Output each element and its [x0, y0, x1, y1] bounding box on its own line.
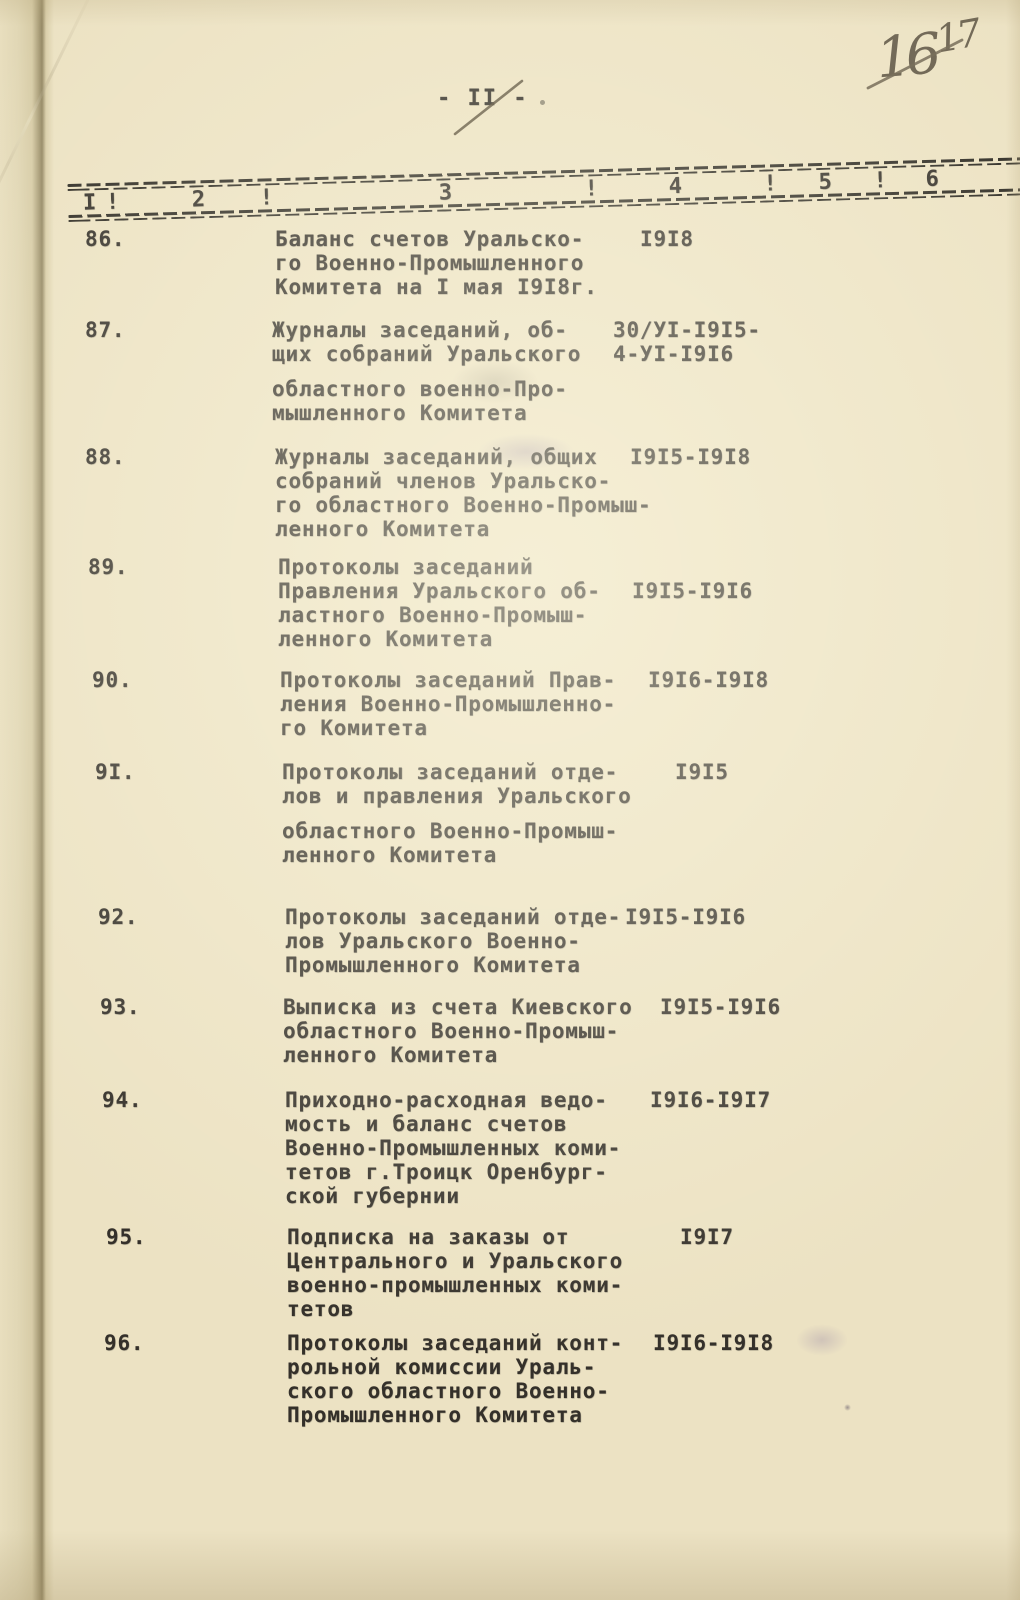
description-line: Журналы заседаний, общих — [275, 445, 651, 469]
description-line: тетов — [287, 1297, 623, 1321]
row-description: Протоколы заседанийПравления Уральского … — [278, 555, 601, 651]
row-dates: I9I5 — [675, 760, 729, 784]
row-number: 89. — [88, 555, 128, 579]
description-line: Подписка на заказы от — [287, 1225, 623, 1249]
date-line: 4-УI-I9I6 — [613, 342, 761, 366]
date-line: I9I7 — [680, 1225, 734, 1249]
row-dates: I9I5-I9I6 — [625, 905, 746, 929]
row-dates: I9I5-I9I8 — [630, 445, 751, 469]
description-line: областного Военно-Промыш- — [283, 1019, 633, 1043]
description-line: мость и баланс счетов — [285, 1112, 621, 1136]
row-number: 90. — [92, 668, 132, 692]
row-description: Журналы заседаний, общихсобраний членов … — [275, 445, 651, 541]
description-line: Промышленного Комитета — [287, 1403, 623, 1427]
row-description: Подписка на заказы отЦентрального и Урал… — [287, 1225, 623, 1321]
description-line: тетов г.Троицк Оренбург- — [285, 1160, 621, 1184]
row-dates: 30/УI-I9I5-4-УI-I9I6 — [613, 318, 761, 366]
date-line: I9I8 — [640, 227, 694, 251]
description-line: ленного Комитета — [275, 517, 651, 541]
date-line: I9I5-I9I6 — [632, 579, 753, 603]
description-line: Выписка из счета Киевского — [283, 995, 633, 1019]
description-line: ского областного Военно- — [287, 1379, 623, 1403]
description-line: лов Уральского Военно- — [285, 929, 621, 953]
row-dates: I9I6-I9I8 — [653, 1331, 774, 1355]
description-line: Центрального и Уральского — [287, 1249, 623, 1273]
description-line: Протоколы заседаний конт- — [287, 1331, 623, 1355]
description-line: Протоколы заседаний отде- — [285, 905, 621, 929]
description-line: лов и правления Уральского — [282, 784, 632, 808]
description-line: Промышленного Комитета — [285, 953, 621, 977]
inventory-entries: 86.Баланс счетов Уральско-го Военно-Пром… — [0, 0, 1020, 1600]
description-line: мышленного Комитета — [272, 401, 581, 425]
row-number: 88. — [85, 445, 125, 469]
date-line: I9I5-I9I6 — [625, 905, 746, 929]
row-description: Приходно-расходная ведо-мость и баланс с… — [285, 1088, 621, 1208]
row-dates: I9I6-I9I7 — [650, 1088, 771, 1112]
date-line: I9I6-I9I8 — [653, 1331, 774, 1355]
description-line: Правления Уральского об- — [278, 579, 601, 603]
description-line: областного Военно-Промыш- — [282, 819, 632, 843]
description-line: Журналы заседаний, об- — [272, 318, 581, 342]
row-number: 9I. — [95, 760, 135, 784]
row-number: 87. — [85, 318, 125, 342]
archive-scan-page: - II - 16 17 I!2!3!4!5!6 86.Баланс счето… — [0, 0, 1020, 1600]
date-line: I9I6-I9I7 — [650, 1088, 771, 1112]
description-line: областного военно-Про- — [272, 377, 581, 401]
description-line: ленного Комитета — [282, 843, 632, 867]
row-dates: I9I8 — [640, 227, 694, 251]
description-line: ластного Военно-Промыш- — [278, 603, 601, 627]
row-description: Протоколы заседаний отде-лов и правления… — [282, 760, 632, 867]
description-line: го Военно-Промышленного — [275, 251, 598, 275]
row-description: Протоколы заседаний Прав-ления Военно-Пр… — [280, 668, 616, 740]
date-line: 30/УI-I9I5- — [613, 318, 761, 342]
date-line: I9I6-I9I8 — [648, 668, 769, 692]
row-dates: I9I5-I9I6 — [632, 579, 753, 603]
description-line: ленного Комитета — [283, 1043, 633, 1067]
description-line: рольной комиссии Ураль- — [287, 1355, 623, 1379]
description-line: Приходно-расходная ведо- — [285, 1088, 621, 1112]
row-number: 94. — [102, 1088, 142, 1112]
date-line: I9I5-I9I6 — [660, 995, 781, 1019]
row-dates: I9I5-I9I6 — [660, 995, 781, 1019]
date-line: I9I5 — [675, 760, 729, 784]
description-line: Протоколы заседаний — [278, 555, 601, 579]
description-line-gap — [272, 366, 581, 377]
row-number: 93. — [100, 995, 140, 1019]
handwritten-folio-current: 17 — [933, 11, 982, 62]
row-description: Журналы заседаний, об-щих собраний Ураль… — [272, 318, 581, 425]
description-line: ской губернии — [285, 1184, 621, 1208]
row-number: 96. — [104, 1331, 144, 1355]
description-line: Баланс счетов Уральско- — [275, 227, 598, 251]
description-line: собраний членов Уральско- — [275, 469, 651, 493]
row-description: Выписка из счета Киевскогообластного Вое… — [283, 995, 633, 1067]
description-line: ления Военно-Промышленно- — [280, 692, 616, 716]
row-description: Протоколы заседаний отде-лов Уральского … — [285, 905, 621, 977]
row-number: 95. — [106, 1225, 146, 1249]
row-description: Баланс счетов Уральско-го Военно-Промышл… — [275, 227, 598, 299]
description-line: го Комитета — [280, 716, 616, 740]
row-dates: I9I6-I9I8 — [648, 668, 769, 692]
description-line: Протоколы заседаний отде- — [282, 760, 632, 784]
handwritten-folio-crossed-out: 16 — [873, 22, 938, 92]
row-dates: I9I7 — [680, 1225, 734, 1249]
row-description: Протоколы заседаний конт-рольной комисси… — [287, 1331, 623, 1427]
description-line: ленного Комитета — [278, 627, 601, 651]
row-number: 86. — [85, 227, 125, 251]
description-line: Военно-Промышленных коми- — [285, 1136, 621, 1160]
description-line: Комитета на I мая I9I8г. — [275, 275, 598, 299]
description-line: го областного Военно-Промыш- — [275, 493, 651, 517]
description-line: щих собраний Уральского — [272, 342, 581, 366]
date-line: I9I5-I9I8 — [630, 445, 751, 469]
description-line: Протоколы заседаний Прав- — [280, 668, 616, 692]
row-number: 92. — [98, 905, 138, 929]
description-line-gap — [282, 808, 632, 819]
description-line: военно-промышленных коми- — [287, 1273, 623, 1297]
